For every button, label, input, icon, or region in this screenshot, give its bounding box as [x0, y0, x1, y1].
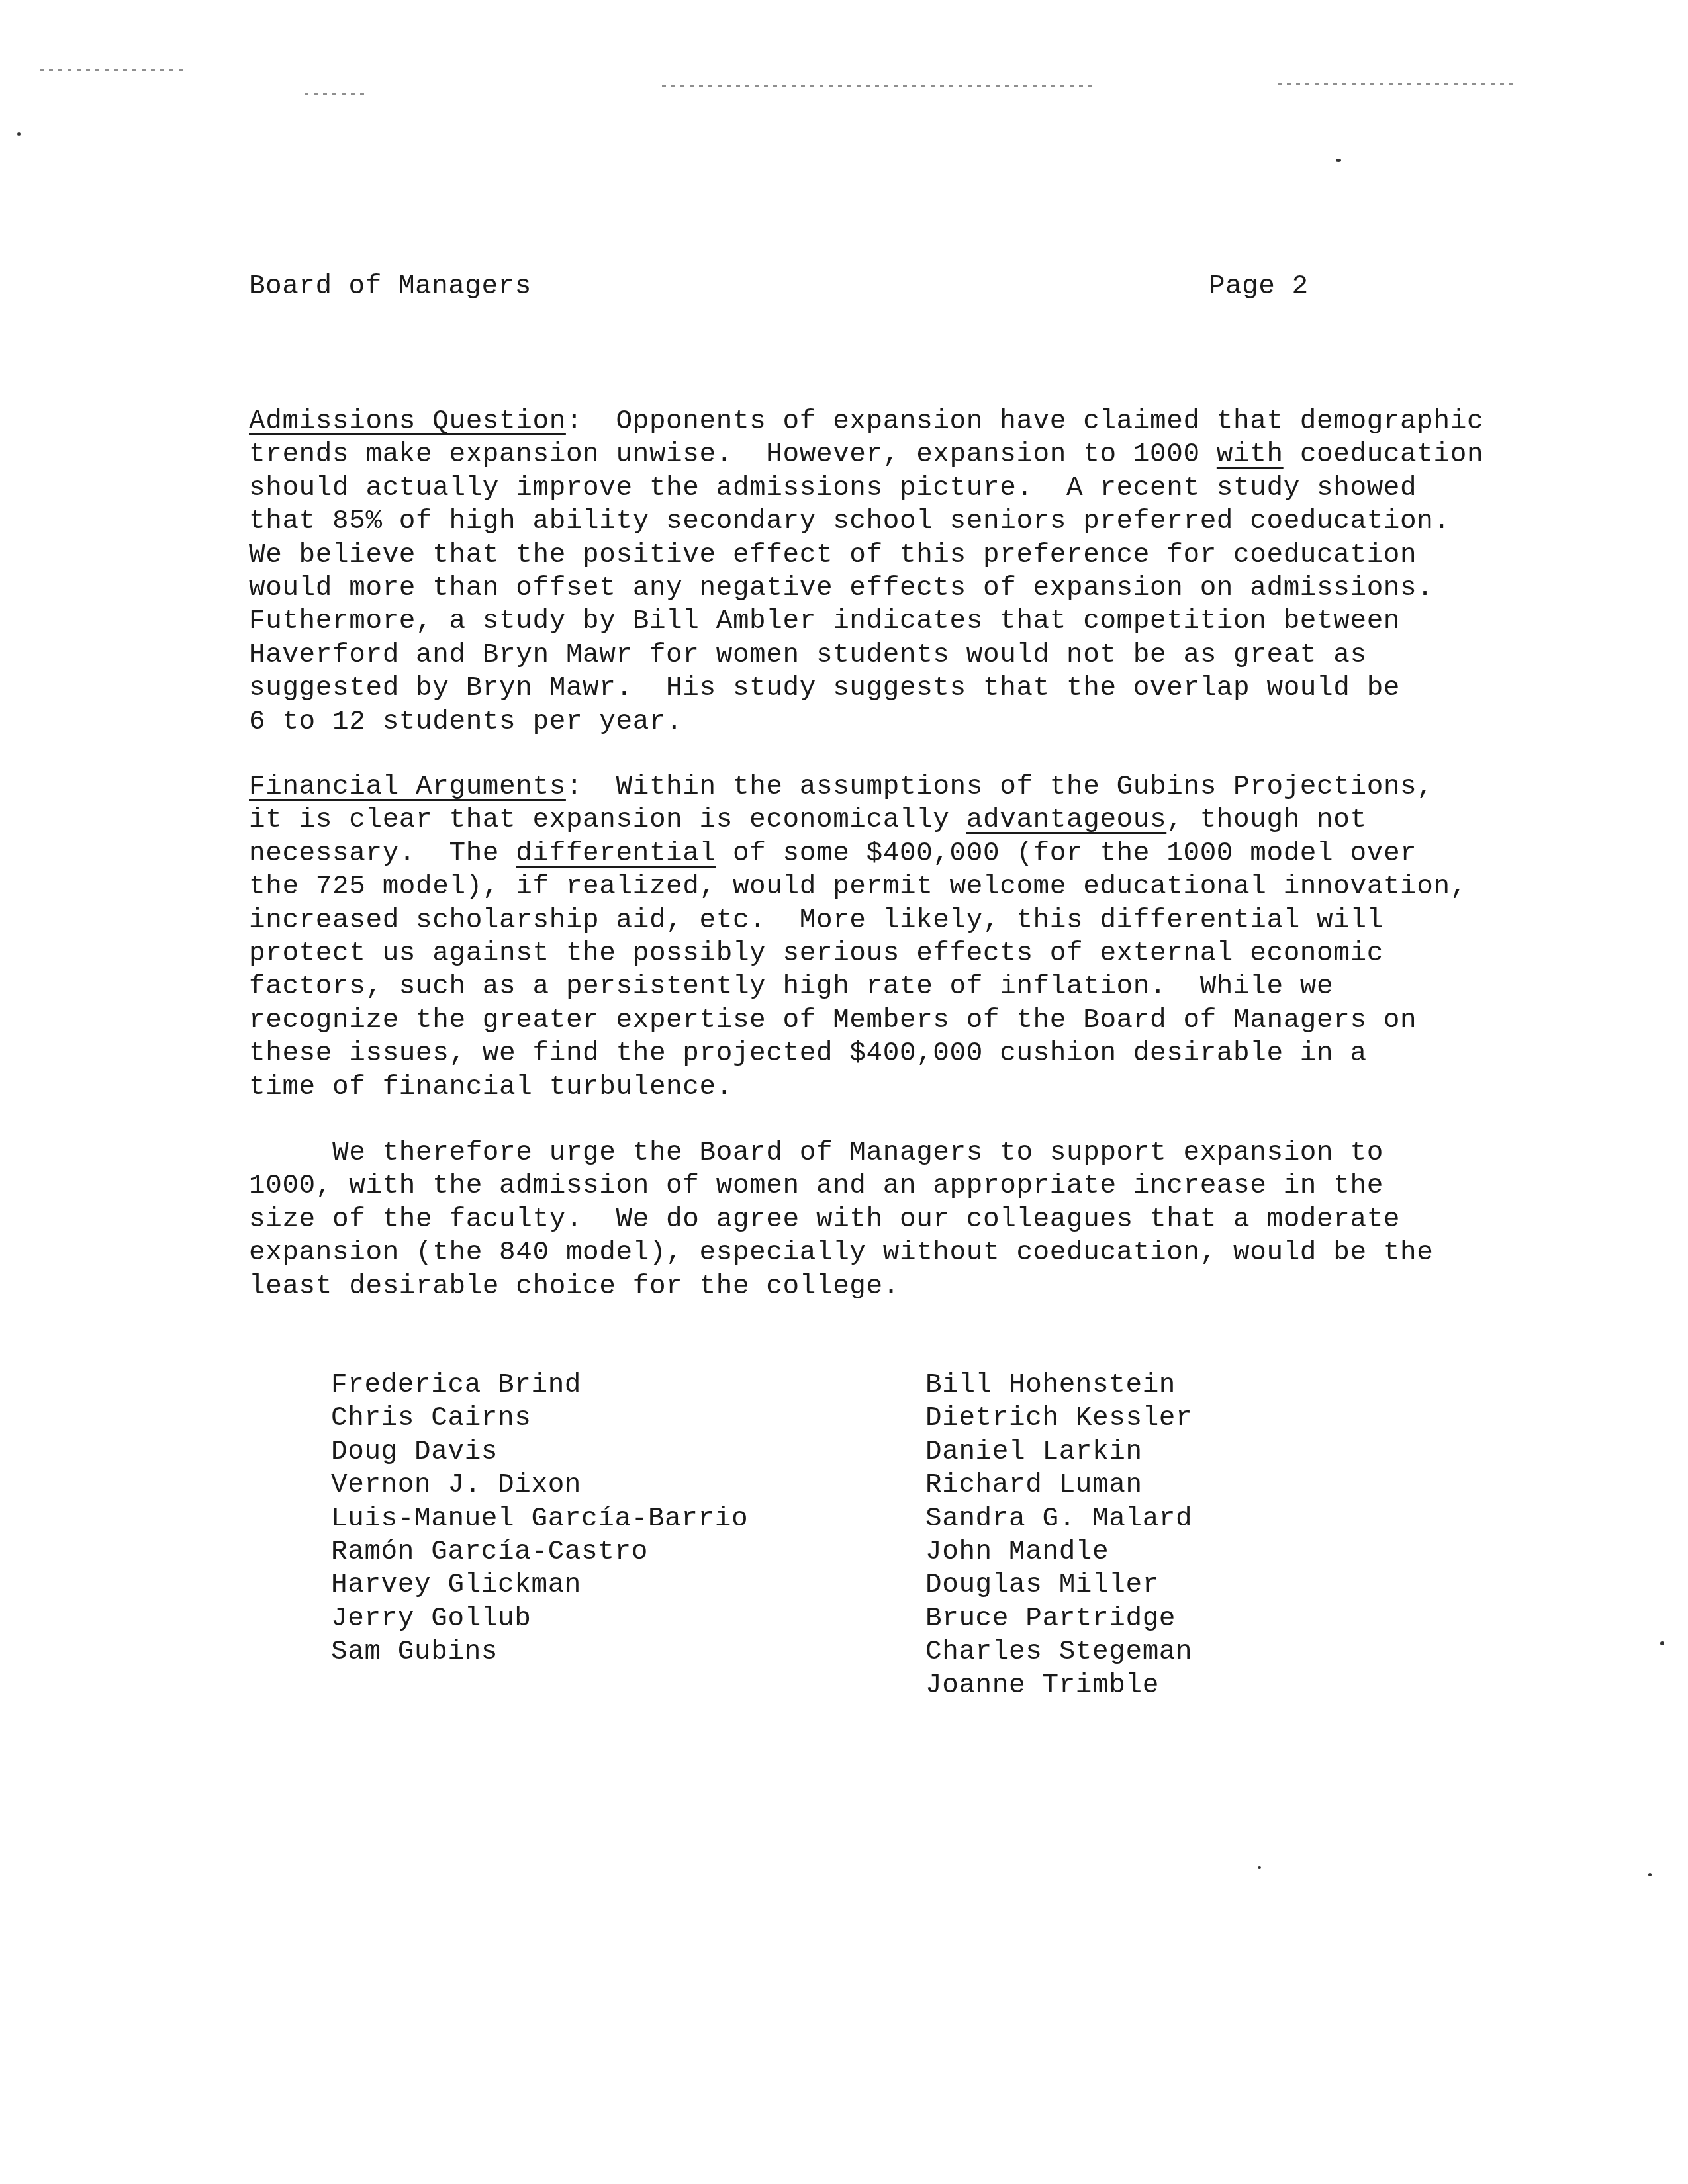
underlined-text: with	[1217, 439, 1284, 470]
signatory-name: Frederica Brind	[331, 1369, 748, 1402]
signatory-name: Harvey Glickman	[331, 1569, 748, 1602]
text-run: 1000, with the admission of women and an…	[249, 1171, 1383, 1201]
text-line: the 725 model), if realized, would permi…	[249, 870, 1507, 903]
scan-speck	[1336, 159, 1341, 162]
text-run: We believe that the positive effect of t…	[249, 540, 1417, 570]
signatory-name: Chris Cairns	[331, 1402, 748, 1435]
signatory-name: Vernon J. Dixon	[331, 1469, 748, 1502]
signatory-name: Doug Davis	[331, 1435, 748, 1469]
text-line: these issues, we find the projected $400…	[249, 1037, 1507, 1070]
text-run: suggested by Bryn Mawr. His study sugges…	[249, 673, 1400, 704]
underlined-text: Financial Arguments	[249, 772, 566, 802]
scan-artifact	[662, 85, 1092, 87]
text-run: Haverford and Bryn Mawr for women studen…	[249, 640, 1367, 670]
signatory-name: Richard Luman	[925, 1469, 1192, 1502]
text-line: would more than offset any negative effe…	[249, 572, 1507, 605]
text-run: time of financial turbulence.	[249, 1072, 733, 1103]
admissions-paragraph: Admissions Question: Opponents of expans…	[249, 405, 1507, 739]
text-line: increased scholarship aid, etc. More lik…	[249, 904, 1507, 937]
signatory-name: Ramón García-Castro	[331, 1535, 748, 1569]
text-run: , though not	[1166, 805, 1366, 835]
scan-artifact	[1278, 83, 1516, 85]
scan-artifact	[305, 93, 364, 95]
text-line: recognize the greater expertise of Membe…	[249, 1004, 1507, 1037]
text-run: necessary. The	[249, 839, 516, 869]
text-run: expansion (the 840 model), especially wi…	[249, 1238, 1433, 1268]
text-line: Financial Arguments: Within the assumpti…	[249, 770, 1507, 803]
text-run: these issues, we find the projected $400…	[249, 1038, 1367, 1069]
text-line: that 85% of high ability secondary schoo…	[249, 505, 1507, 538]
signatory-name: Joanne Trimble	[925, 1669, 1192, 1702]
text-line: 1000, with the admission of women and an…	[249, 1169, 1507, 1203]
text-line: protect us against the possibly serious …	[249, 937, 1507, 970]
signatory-name: Sam Gubins	[331, 1635, 748, 1668]
underlined-text: Admissions Question	[249, 406, 566, 437]
scan-speck	[1648, 1873, 1652, 1876]
document-page: Board of Managers Page 2 Admissions Ques…	[0, 0, 1688, 2184]
text-line: Admissions Question: Opponents of expans…	[249, 405, 1507, 438]
text-run: Futhermore, a study by Bill Ambler indic…	[249, 606, 1400, 637]
scan-speck	[1258, 1866, 1261, 1869]
text-run: size of the faculty. We do agree with ou…	[249, 1205, 1400, 1235]
text-run: the 725 model), if realized, would permi…	[249, 872, 1467, 902]
text-run: least desirable choice for the college.	[249, 1271, 900, 1302]
text-run: that 85% of high ability secondary schoo…	[249, 506, 1450, 537]
signatories-left-column: Frederica BrindChris CairnsDoug DavisVer…	[331, 1369, 748, 1669]
text-line: Haverford and Bryn Mawr for women studen…	[249, 639, 1507, 672]
text-run: recognize the greater expertise of Membe…	[249, 1005, 1417, 1036]
text-run: 6 to 12 students per year.	[249, 707, 682, 737]
signatory-name: Dietrich Kessler	[925, 1402, 1192, 1435]
underlined-text: advantageous	[966, 805, 1166, 835]
signatory-name: John Mandle	[925, 1535, 1192, 1569]
text-line: necessary. The differential of some $400…	[249, 837, 1507, 870]
text-run: : Within the assumptions of the Gubins P…	[566, 772, 1434, 802]
text-run: should actually improve the admissions p…	[249, 473, 1417, 504]
signatory-name: Daniel Larkin	[925, 1435, 1192, 1469]
signatory-name: Sandra G. Malard	[925, 1502, 1192, 1535]
text-line: least desirable choice for the college.	[249, 1270, 1507, 1303]
text-run: trends make expansion unwise. However, e…	[249, 439, 1217, 470]
scan-speck	[17, 132, 21, 136]
scan-artifact	[40, 69, 185, 71]
text-line: factors, such as a persistently high rat…	[249, 970, 1507, 1003]
signatories-right-column: Bill HohensteinDietrich KesslerDaniel La…	[925, 1369, 1192, 1702]
text-line: suggested by Bryn Mawr. His study sugges…	[249, 672, 1507, 705]
text-run: coeducation	[1284, 439, 1483, 470]
text-run: it is clear that expansion is economical…	[249, 805, 966, 835]
text-run: would more than offset any negative effe…	[249, 573, 1433, 604]
signatory-name: Charles Stegeman	[925, 1635, 1192, 1668]
signatory-name: Luis-Manuel García-Barrio	[331, 1502, 748, 1535]
text-line: 6 to 12 students per year.	[249, 705, 1507, 739]
underlined-text: differential	[516, 839, 716, 869]
conclusion-paragraph: We therefore urge the Board of Managers …	[249, 1136, 1507, 1303]
text-run: We therefore urge the Board of Managers …	[249, 1138, 1383, 1168]
text-run: factors, such as a persistently high rat…	[249, 972, 1333, 1002]
text-run: of some $400,000 (for the 1000 model ove…	[716, 839, 1417, 869]
text-line: expansion (the 840 model), especially wi…	[249, 1236, 1507, 1269]
text-line: trends make expansion unwise. However, e…	[249, 438, 1507, 471]
scan-speck	[1660, 1641, 1664, 1645]
page-number: Page 2	[1209, 271, 1309, 302]
text-line: it is clear that expansion is economical…	[249, 803, 1507, 837]
text-line: We believe that the positive effect of t…	[249, 539, 1507, 572]
text-run: protect us against the possibly serious …	[249, 938, 1383, 969]
text-line: should actually improve the admissions p…	[249, 472, 1507, 505]
financial-paragraph: Financial Arguments: Within the assumpti…	[249, 770, 1507, 1104]
signatory-name: Bruce Partridge	[925, 1602, 1192, 1635]
addressee-header: Board of Managers	[249, 271, 532, 302]
text-line: Futhermore, a study by Bill Ambler indic…	[249, 605, 1507, 638]
signatory-name: Douglas Miller	[925, 1569, 1192, 1602]
text-run: : Opponents of expansion have claimed th…	[566, 406, 1483, 437]
text-line: time of financial turbulence.	[249, 1071, 1507, 1104]
text-line: size of the faculty. We do agree with ou…	[249, 1203, 1507, 1236]
signatory-name: Jerry Gollub	[331, 1602, 748, 1635]
text-run: increased scholarship aid, etc. More lik…	[249, 905, 1383, 936]
text-line: We therefore urge the Board of Managers …	[249, 1136, 1507, 1169]
signatory-name: Bill Hohenstein	[925, 1369, 1192, 1402]
